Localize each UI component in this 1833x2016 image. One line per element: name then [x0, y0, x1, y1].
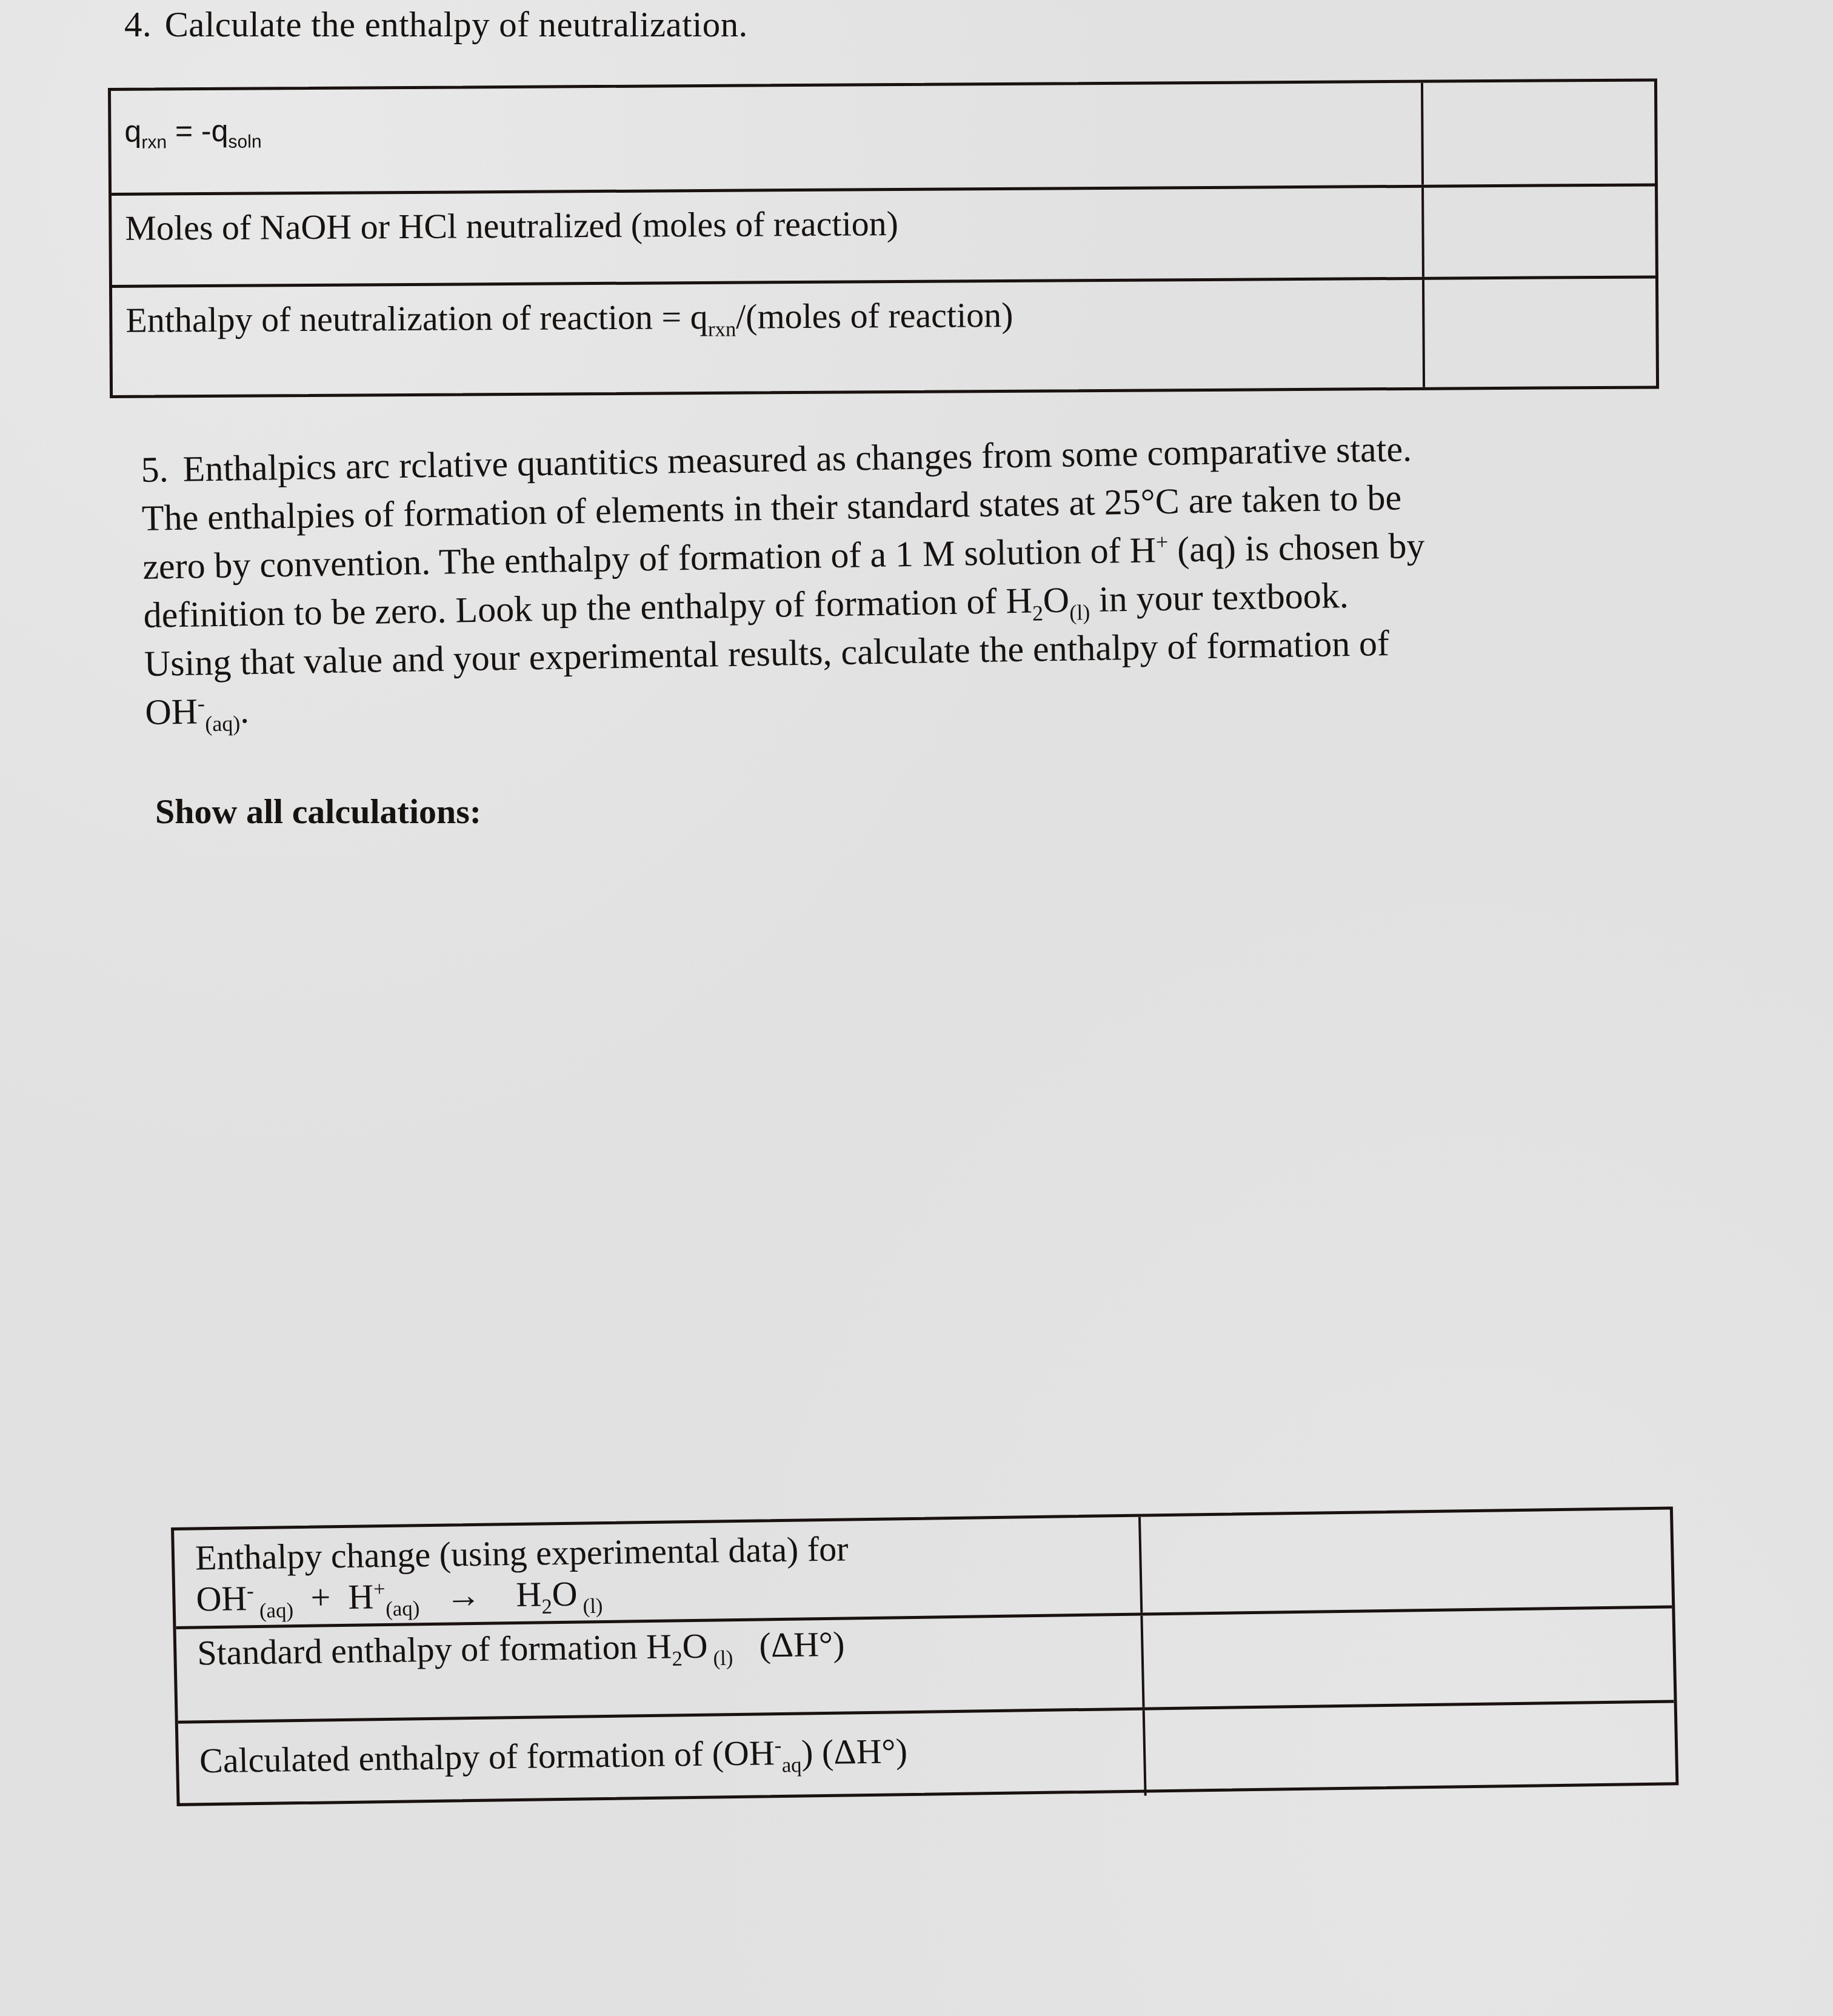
table-row: Moles of NaOH or HCl neutralized (moles … — [112, 183, 1655, 285]
value-cell-enthalpy-change[interactable] — [1141, 1509, 1672, 1612]
neutralization-table: qrxn = -qsoln Moles of NaOH or HCl neutr… — [108, 78, 1659, 398]
question-5-text: 5.Enthalpics arc rclative quantitics mea… — [141, 421, 1643, 736]
value-cell-moles[interactable] — [1424, 186, 1655, 276]
value-cell-q-rxn[interactable] — [1423, 81, 1655, 184]
row-label-enthalpy-change: Enthalpy change (using experimental data… — [174, 1517, 1143, 1626]
calculations-work-area[interactable] — [139, 861, 1691, 1503]
row-label-calculated-enthalpy-oh: Calculated enthalpy of formation of (OH-… — [178, 1711, 1147, 1809]
value-cell-enthalpy-neutralization[interactable] — [1424, 278, 1656, 387]
row-label-q-rxn: qrxn = -qsoln — [111, 83, 1424, 193]
arrow-icon: → — [419, 1575, 516, 1615]
row-label-enthalpy-neutralization: Enthalpy of neutralization of reaction =… — [112, 280, 1425, 395]
row-label-moles: Moles of NaOH or HCl neutralized (moles … — [112, 188, 1424, 285]
enthalpy-results-table: Enthalpy change (using experimental data… — [171, 1506, 1678, 1806]
value-cell-calculated-enthalpy-oh[interactable] — [1145, 1703, 1676, 1795]
worksheet-page: 4.Calculate the enthalpy of neutralizati… — [0, 0, 1833, 2016]
show-calculations-label: Show all calculations: — [155, 791, 481, 832]
question-4-heading: 4.Calculate the enthalpy of neutralizati… — [124, 4, 748, 45]
question-number: 4. — [124, 4, 152, 44]
value-cell-standard-enthalpy-h2o[interactable] — [1143, 1608, 1674, 1707]
table-row: qrxn = -qsoln — [111, 81, 1655, 193]
table-row: Enthalpy of neutralization of reaction =… — [112, 275, 1656, 395]
question-text: Calculate the enthalpy of neutralization… — [165, 4, 748, 44]
row-label-standard-enthalpy-h2o: Standard enthalpy of formation H2O (l) (… — [176, 1616, 1145, 1721]
